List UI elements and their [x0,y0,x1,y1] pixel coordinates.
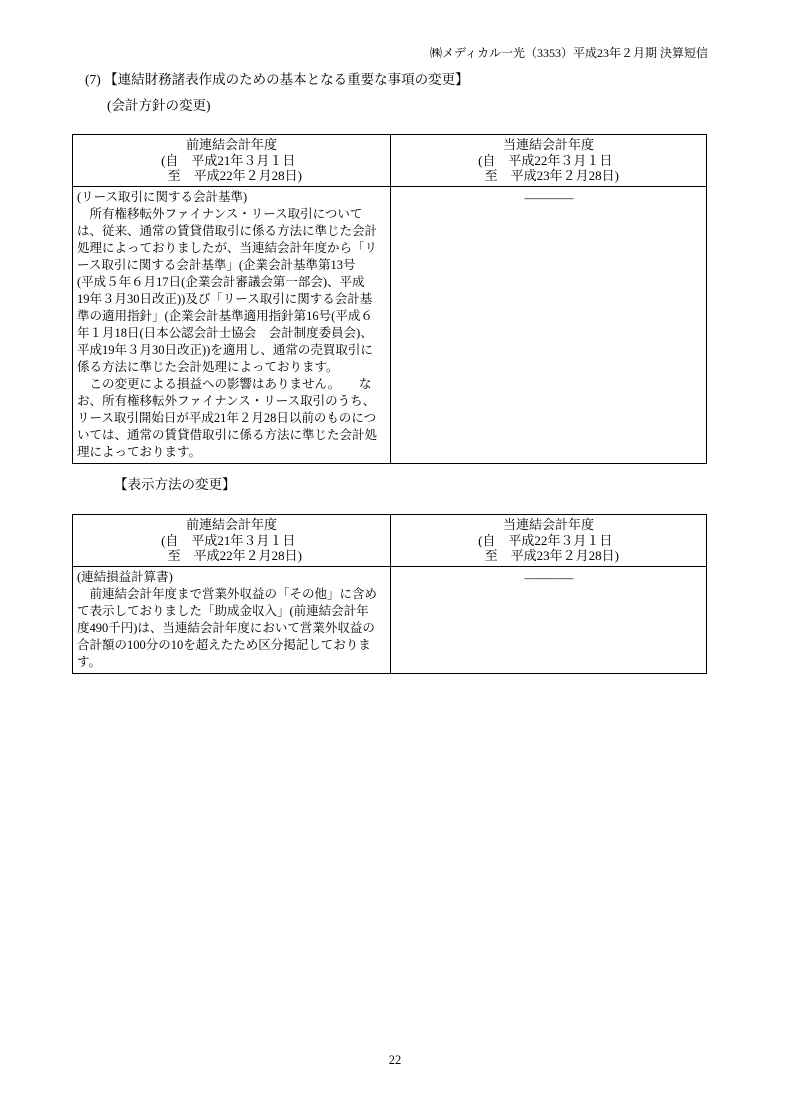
document-page: ㈱メディカル一光（3353）平成23年２月期 決算短信 (7) 【連結財務諸表作… [0,0,790,1118]
curr-period-none-cell: ―――― [391,186,707,463]
table-header-row: 前連結会計年度 (自 平成21年３月１日 至 平成22年２月28日) 当連結会計… [73,135,707,187]
prev-period-accounting-policy-text: (リース取引に関する会計基準) 所有権移転外ファイナンス・リース取引について は… [73,186,391,463]
section-title: (7) 【連結財務諸表作成のための基本となる重要な事項の変更】 [85,72,469,88]
curr-period-header-cell: 当連結会計年度 (自 平成22年３月１日 至 平成23年２月28日) [391,135,707,187]
curr-period-dates: (自 平成22年３月１日 至 平成23年２月28日) [478,533,619,564]
curr-period-header-cell: 当連結会計年度 (自 平成22年３月１日 至 平成23年２月28日) [391,515,707,567]
none-marker: ―――― [525,570,573,585]
prev-period-title: 前連結会計年度 [73,137,390,153]
display-method-change-table: 前連結会計年度 (自 平成21年３月１日 至 平成22年２月28日) 当連結会計… [72,514,707,674]
prev-period-dates: (自 平成21年３月１日 至 平成22年２月28日) [161,533,302,564]
prev-period-header-cell: 前連結会計年度 (自 平成21年３月１日 至 平成22年２月28日) [73,515,391,567]
table-header-row: 前連結会計年度 (自 平成21年３月１日 至 平成22年２月28日) 当連結会計… [73,515,707,567]
curr-period-dates: (自 平成22年３月１日 至 平成23年２月28日) [478,153,619,184]
curr-period-none-cell: ―――― [391,566,707,673]
prev-period-header-cell: 前連結会計年度 (自 平成21年３月１日 至 平成22年２月28日) [73,135,391,187]
document-header: ㈱メディカル一光（3353）平成23年２月期 決算短信 [430,46,708,60]
none-marker: ―――― [525,190,573,205]
curr-period-title: 当連結会計年度 [391,517,706,533]
curr-period-title: 当連結会計年度 [391,137,706,153]
prev-period-title: 前連結会計年度 [73,517,390,533]
prev-period-dates: (自 平成21年３月１日 至 平成22年２月28日) [161,153,302,184]
subsection-accounting-policy-change: (会計方針の変更) [107,98,211,114]
page-number: 22 [0,1053,790,1068]
prev-period-display-method-text: (連結損益計算書) 前連結会計年度まで営業外収益の「その他」に含め て表示してお… [73,566,391,673]
subsection-display-method-change: 【表示方法の変更】 [114,477,236,493]
accounting-policy-change-table: 前連結会計年度 (自 平成21年３月１日 至 平成22年２月28日) 当連結会計… [72,134,707,464]
table-body-row: (リース取引に関する会計基準) 所有権移転外ファイナンス・リース取引について は… [73,186,707,463]
table-body-row: (連結損益計算書) 前連結会計年度まで営業外収益の「その他」に含め て表示してお… [73,566,707,673]
